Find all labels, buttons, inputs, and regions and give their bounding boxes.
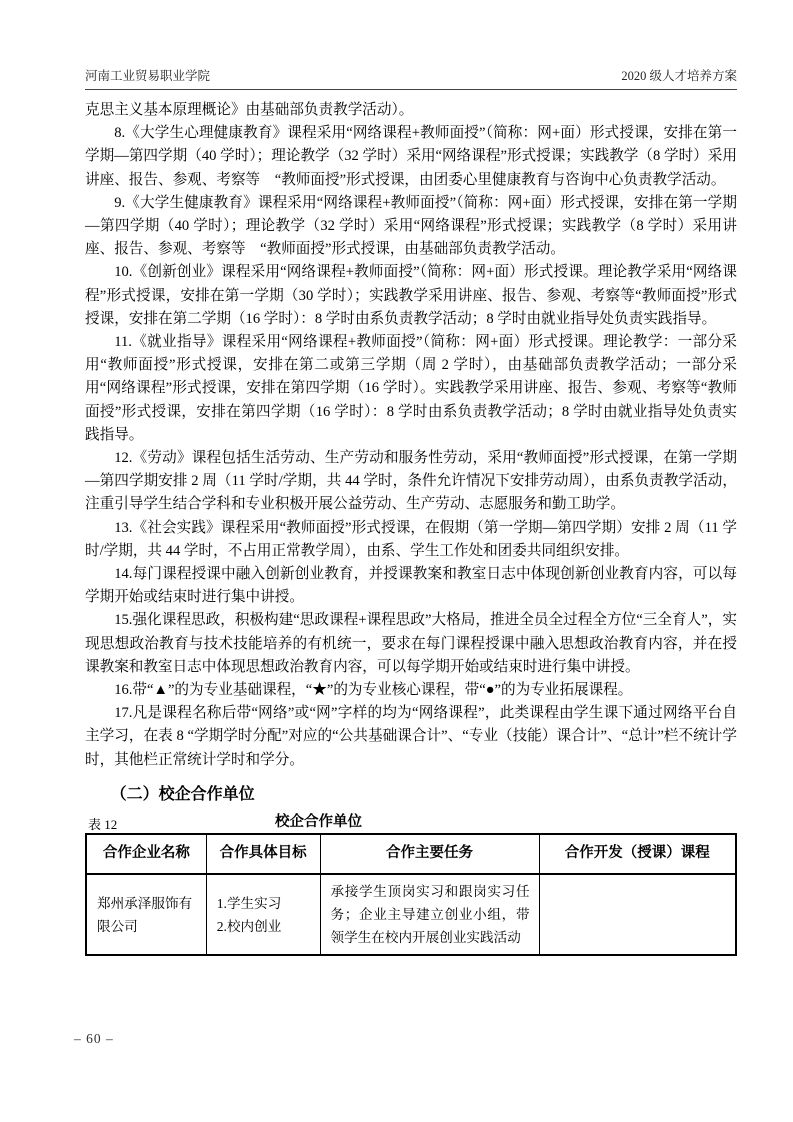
cooperation-table: 合作企业名称 合作具体目标 合作主要任务 合作开发（授课）课程 郑州承泽服饰有限… (85, 833, 737, 956)
body-paragraph-15: 15.强化课程思政，积极构建“思政课程+课程思政”大格局，推进全员全过程全方位“… (85, 609, 737, 679)
column-header-goals: 合作具体目标 (206, 834, 320, 874)
body-paragraph-9: 9.《大学生健康教育》课程采用“网络课程+教师面授”（简称：网+面）形式授课，安… (85, 192, 737, 262)
cell-company: 郑州承泽服饰有限公司 (86, 874, 206, 955)
cell-courses (539, 874, 736, 955)
header-plan-title: 2020 级人才培养方案 (621, 66, 737, 84)
body-paragraph-10: 10.《创新创业》课程采用“网络课程+教师面授”（简称：网+面）形式授课。理论教… (85, 261, 737, 331)
column-header-courses: 合作开发（授课）课程 (539, 834, 736, 874)
table-caption: 表 12 校企合作单位 (85, 811, 737, 833)
table-header-row: 合作企业名称 合作具体目标 合作主要任务 合作开发（授课）课程 (86, 834, 736, 874)
body-paragraph-8: 8.《大学生心理健康教育》课程采用“网络课程+教师面授”（简称：网+面）形式授课… (85, 122, 737, 192)
column-header-tasks: 合作主要任务 (320, 834, 539, 874)
header-school-name: 河南工业贸易职业学院 (85, 66, 210, 84)
page-number: – 60 – (74, 1031, 114, 1047)
column-header-company: 合作企业名称 (86, 834, 206, 874)
body-paragraph-13: 13.《社会实践》课程采用“教师面授”形式授课，在假期（第一学期—第四学期）安排… (85, 517, 737, 563)
table-number-label: 表 12 (88, 813, 117, 836)
cell-goals: 1.学生实习 2.校内创业 (206, 874, 320, 955)
document-body: 克思主义基本原理概论》由基础部负责教学活动）。 8.《大学生心理健康教育》课程采… (85, 99, 737, 956)
cell-tasks: 承接学生顶岗实习和跟岗实习任务；企业主导建立创业小组，带领学生在校内开展创业实践… (320, 874, 539, 955)
table-title: 校企合作单位 (275, 811, 362, 834)
body-paragraph-16: 16.带“▲”的为专业基础课程，“★”的为专业核心课程，带“●”的为专业拓展课程… (85, 679, 737, 702)
document-page: 河南工业贸易职业学院 2020 级人才培养方案 克思主义基本原理概论》由基础部负… (0, 0, 793, 956)
goal-item: 2.校内创业 (217, 915, 312, 938)
table-body: 郑州承泽服饰有限公司 1.学生实习 2.校内创业 承接学生顶岗实习和跟岗实习任务… (86, 874, 736, 955)
body-paragraph-17: 17.凡是课程名称后带“网络”或“网”字样的均为“网络课程”，此类课程由学生课下… (85, 702, 737, 772)
table-header: 合作企业名称 合作具体目标 合作主要任务 合作开发（授课）课程 (86, 834, 736, 874)
body-paragraph-continuation: 克思主义基本原理概论》由基础部负责教学活动）。 (85, 99, 737, 122)
table-row: 郑州承泽服饰有限公司 1.学生实习 2.校内创业 承接学生顶岗实习和跟岗实习任务… (86, 874, 736, 955)
body-paragraph-11: 11.《就业指导》课程采用“网络课程+教师面授”（简称：网+面）形式授课。理论教… (85, 331, 737, 447)
goal-item: 1.学生实习 (217, 892, 312, 915)
page-header: 河南工业贸易职业学院 2020 级人才培养方案 (85, 66, 737, 90)
body-paragraph-12: 12.《劳动》课程包括生活劳动、生产劳动和服务性劳动，采用“教师面授”形式授课，… (85, 447, 737, 517)
body-paragraph-14: 14.每门课程授课中融入创新创业教育，并授课教案和教室日志中体现创新创业教育内容… (85, 563, 737, 609)
section-heading-cooperation: （二）校企合作单位 (85, 783, 737, 806)
